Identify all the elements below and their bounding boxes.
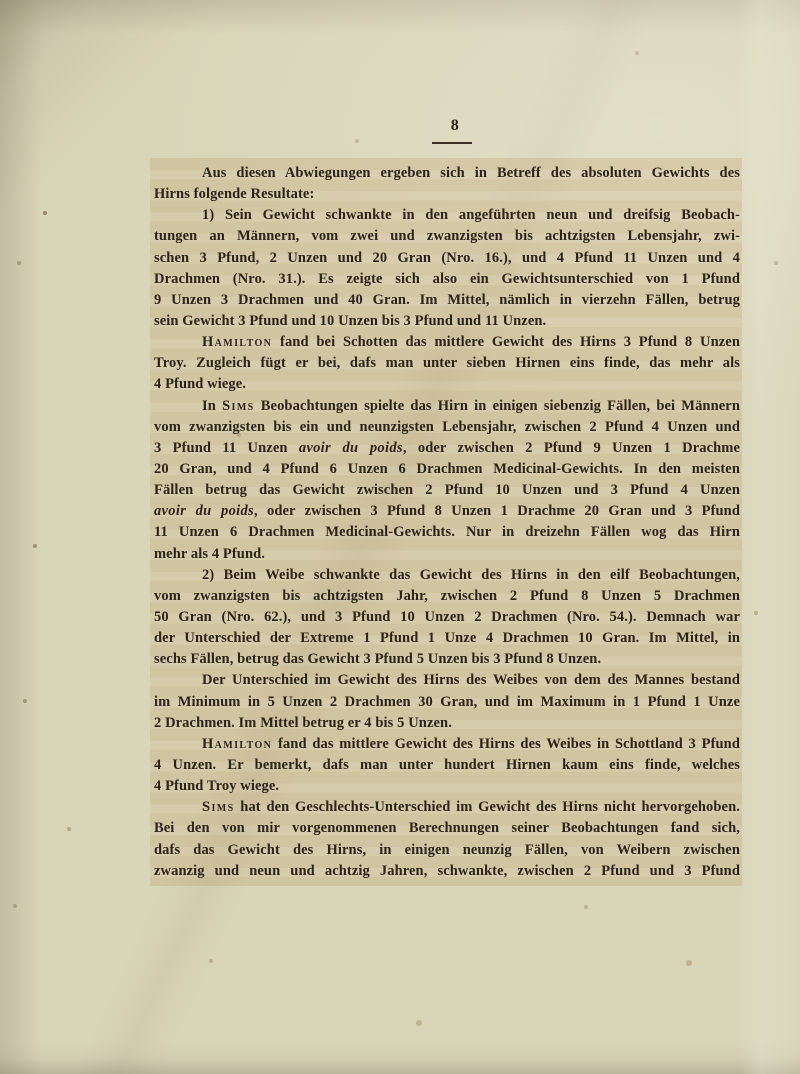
- text-segment: schen 3 Pfund, 2 Unzen und 20 Gran (Nro.…: [154, 250, 740, 266]
- paper-foxing-specks: [0, 0, 2, 2]
- text-line: Fällen betrug das Gewicht zwischen 2 Pfu…: [154, 480, 740, 501]
- text-segment: 4 Pfund wiege.: [154, 376, 246, 392]
- text-segment: 4 Pfund Troy wiege.: [154, 778, 279, 794]
- text-line: avoir du poids, oder zwischen 3 Pfund 8 …: [154, 501, 740, 522]
- text-line: im Minimum in 5 Unzen 2 Drachmen 30 Gran…: [154, 692, 740, 713]
- text-line: Hirns folgende Resultate:: [154, 184, 740, 205]
- text-line: 3 Pfund 11 Unzen avoir du poids, oder zw…: [154, 438, 740, 459]
- text-segment: 2) Beim Weibe schwankte das Gewicht des …: [202, 567, 740, 583]
- text-line: vom zwanzigsten bis ein und neunzigsten …: [154, 417, 740, 438]
- text-line: 4 Pfund Troy wiege.: [154, 776, 740, 797]
- text-line: 4 Unzen. Er bemerkt, dafs man unter hund…: [154, 755, 740, 776]
- text-line: mehr als 4 Pfund.: [154, 544, 740, 565]
- text-segment: 20 Gran, und 4 Pfund 6 Unzen 6 Drachmen …: [154, 461, 740, 477]
- text-segment: Hirns folgende Resultate:: [154, 186, 314, 202]
- text-segment: 2 Drachmen. Im Mittel betrug er 4 bis 5 …: [154, 715, 452, 731]
- text-segment: 11 Unzen 6 Drachmen Medicinal-Gewichts. …: [154, 524, 740, 540]
- text-segment: vom zwanzigsten bis achtzigsten Jahr, zw…: [154, 588, 740, 604]
- text-line: 2) Beim Weibe schwankte das Gewicht des …: [154, 565, 740, 586]
- text-line: In Sims Beobachtungen spielte das Hirn i…: [154, 396, 740, 417]
- text-line: der Unterschied der Extreme 1 Pfund 1 Un…: [154, 628, 740, 649]
- text-segment: Fällen betrug das Gewicht zwischen 2 Pfu…: [154, 482, 740, 498]
- text-block: Aus diesen Abwiegungen ergeben sich in B…: [154, 163, 740, 882]
- text-segment: dafs das Gewicht des Hirns, in einigen n…: [154, 842, 740, 858]
- text-segment: 9 Unzen 3 Drachmen und 40 Gran. Im Mitte…: [154, 292, 740, 308]
- text-segment: Beobachtungen spielte das Hirn in einige…: [255, 398, 740, 414]
- text-segment: Drachmen (Nro. 31.). Es zeigte sich also…: [154, 271, 740, 287]
- text-line: 50 Gran (Nro. 62.), und 3 Pfund 10 Unzen…: [154, 607, 740, 628]
- text-segment: tungen an Männern, vom zwei und zwanzigs…: [154, 228, 740, 244]
- text-line: vom zwanzigsten bis achtzigsten Jahr, zw…: [154, 586, 740, 607]
- italic-phrase: avoir du poids: [299, 440, 403, 456]
- scanned-book-page: 8 Aus diesen Abwiegungen ergeben sich in…: [0, 0, 800, 1074]
- text-line: Sims hat den Geschlechts-Unterschied im …: [154, 797, 740, 818]
- small-caps-name: Hamilton: [202, 334, 272, 350]
- text-segment: In: [202, 398, 222, 414]
- text-segment: zwanzig und neun und achtzig Jahren, sch…: [154, 863, 740, 879]
- text-segment: Der Unterschied im Gewicht des Hirns des…: [202, 672, 740, 688]
- small-caps-name: Sims: [202, 799, 235, 815]
- text-line: 2 Drachmen. Im Mittel betrug er 4 bis 5 …: [154, 713, 740, 734]
- text-line: schen 3 Pfund, 2 Unzen und 20 Gran (Nro.…: [154, 248, 740, 269]
- small-caps-name: Hamilton: [202, 736, 272, 752]
- text-segment: 3 Pfund 11 Unzen: [154, 440, 299, 456]
- text-line: 20 Gran, und 4 Pfund 6 Unzen 6 Drachmen …: [154, 459, 740, 480]
- italic-phrase: avoir du poids: [154, 503, 254, 519]
- text-segment: vom zwanzigsten bis ein und neunzigsten …: [154, 419, 740, 435]
- text-segment: Bei den von mir vorgenommenen Berechnung…: [154, 820, 740, 836]
- text-segment: fand das mittlere Gewicht des Hirns des …: [272, 736, 740, 752]
- text-segment: Aus diesen Abwiegungen ergeben sich in B…: [202, 165, 740, 181]
- text-segment: 50 Gran (Nro. 62.), und 3 Pfund 10 Unzen…: [154, 609, 740, 625]
- text-line: 9 Unzen 3 Drachmen und 40 Gran. Im Mitte…: [154, 290, 740, 311]
- text-segment: sechs Fällen, betrug das Gewicht 3 Pfund…: [154, 651, 601, 667]
- text-line: 4 Pfund wiege.: [154, 374, 740, 395]
- text-segment: fand bei Schotten das mittlere Gewicht d…: [272, 334, 740, 350]
- text-line: Bei den von mir vorgenommenen Berechnung…: [154, 818, 740, 839]
- text-line: dafs das Gewicht des Hirns, in einigen n…: [154, 840, 740, 861]
- text-segment: im Minimum in 5 Unzen 2 Drachmen 30 Gran…: [154, 694, 740, 710]
- text-line: sein Gewicht 3 Pfund und 10 Unzen bis 3 …: [154, 311, 740, 332]
- small-caps-name: Sims: [222, 398, 255, 414]
- text-line: 11 Unzen 6 Drachmen Medicinal-Gewichts. …: [154, 522, 740, 543]
- text-line: Troy. Zugleich fügt er bei, dafs man unt…: [154, 353, 740, 374]
- text-line: tungen an Männern, vom zwei und zwanzigs…: [154, 226, 740, 247]
- text-segment: , oder zwischen 2 Pfund 9 Unzen 1 Drachm…: [403, 440, 740, 456]
- text-segment: , oder zwischen 3 Pfund 8 Unzen 1 Drachm…: [254, 503, 740, 519]
- text-line: Hamilton fand das mittlere Gewicht des H…: [154, 734, 740, 755]
- text-segment: mehr als 4 Pfund.: [154, 546, 265, 562]
- text-segment: 1) Sein Gewicht schwankte in den angefüh…: [202, 207, 740, 223]
- text-segment: 4 Unzen. Er bemerkt, dafs man unter hund…: [154, 757, 740, 773]
- text-line: Aus diesen Abwiegungen ergeben sich in B…: [154, 163, 740, 184]
- text-line: Drachmen (Nro. 31.). Es zeigte sich also…: [154, 269, 740, 290]
- text-segment: der Unterschied der Extreme 1 Pfund 1 Un…: [154, 630, 740, 646]
- text-line: 1) Sein Gewicht schwankte in den angefüh…: [154, 205, 740, 226]
- text-segment: hat den Geschlechts-Unterschied im Gewic…: [235, 799, 740, 815]
- text-line: zwanzig und neun und achtzig Jahren, sch…: [154, 861, 740, 882]
- text-line: sechs Fällen, betrug das Gewicht 3 Pfund…: [154, 649, 740, 670]
- page-number: 8: [425, 117, 485, 135]
- page-number-underline: [432, 142, 472, 144]
- text-segment: sein Gewicht 3 Pfund und 10 Unzen bis 3 …: [154, 313, 546, 329]
- text-segment: Troy. Zugleich fügt er bei, dafs man unt…: [154, 355, 740, 371]
- text-line: Der Unterschied im Gewicht des Hirns des…: [154, 670, 740, 691]
- text-line: Hamilton fand bei Schotten das mittlere …: [154, 332, 740, 353]
